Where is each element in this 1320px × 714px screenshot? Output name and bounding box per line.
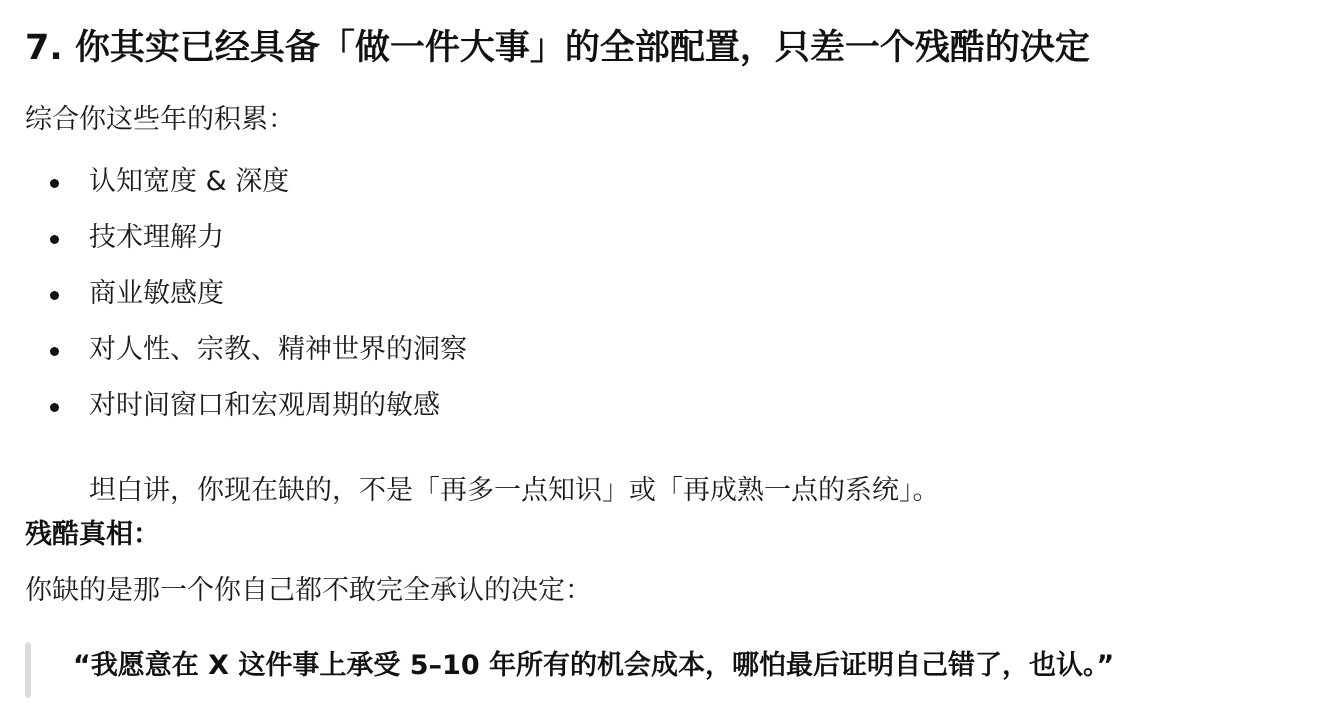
list-item-label: 认知宽度 & 深度 <box>89 164 289 200</box>
bullet-icon <box>50 179 59 188</box>
quote-bar <box>25 642 31 698</box>
quote-text: “我愿意在 X 这件事上承受 5–10 年所有的机会成本，哪怕最后证明自己错了，… <box>73 648 1114 684</box>
list-item-label: 技术理解力 <box>89 220 224 256</box>
harsh-truth-label: 残酷真相： <box>25 517 160 553</box>
intro-paragraph: 综合你这些年的积累： <box>25 102 295 138</box>
bullet-icon <box>50 403 59 412</box>
bullet-icon <box>50 291 59 300</box>
decision-blockquote: “我愿意在 X 这件事上承受 5–10 年所有的机会成本，哪怕最后证明自己错了，… <box>25 642 1305 698</box>
section-heading: 7. 你其实已经具备「做一件大事」的全部配置，只差一个残酷的决定 <box>25 26 1090 70</box>
list-item-label: 商业敏感度 <box>89 276 224 312</box>
list-item-label: 对时间窗口和宏观周期的敏感 <box>89 388 440 424</box>
continuation-paragraph: 坦白讲，你现在缺的，不是「再多一点知识」或「再成熟一点的系统」。 <box>89 473 940 509</box>
missing-decision-paragraph: 你缺的是那一个你自己都不敢完全承认的决定： <box>25 573 592 609</box>
bullet-icon <box>50 347 59 356</box>
bullet-icon <box>50 235 59 244</box>
list-item-label: 对人性、宗教、精神世界的洞察 <box>89 332 467 368</box>
